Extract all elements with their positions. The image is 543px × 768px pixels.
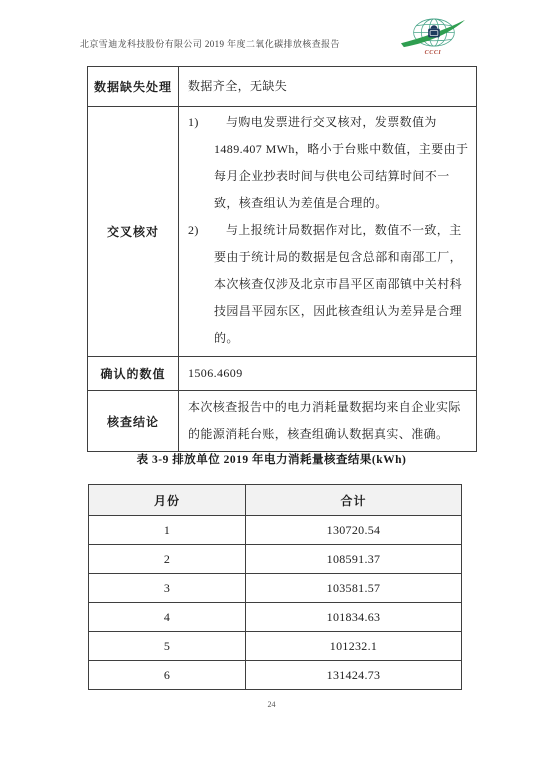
month-cell: 2: [89, 545, 246, 574]
row-label: 数据缺失处理: [88, 67, 179, 107]
total-cell: 103581.57: [246, 574, 462, 603]
table-row-data-gap: 数据缺失处理 数据齐全，无缺失: [88, 67, 477, 107]
table-row: 4 101834.63: [89, 603, 462, 632]
cross-check-item: 2) 与上报统计局数据作对比，数值不一致，主要由于统计局的数据是包含总部和南邵工…: [188, 217, 470, 352]
table-header-row: 月份 合计: [89, 485, 462, 516]
month-cell: 3: [89, 574, 246, 603]
column-header-total: 合计: [246, 485, 462, 516]
cross-check-item: 1) 与购电发票进行交叉核对，发票数值为 1489.407 MWh，略小于台账中…: [188, 109, 470, 217]
month-cell: 6: [89, 661, 246, 690]
row-label: 核查结论: [88, 391, 179, 452]
company-logo: CCCI: [398, 17, 468, 59]
monthly-table: 月份 合计 1 130720.54 2 108591.37 3 103581.5…: [88, 484, 462, 690]
globe-swoosh-icon: [398, 17, 468, 50]
row-content: 数据齐全，无缺失: [179, 67, 477, 107]
verification-table: 数据缺失处理 数据齐全，无缺失 交叉核对 1) 与购电发票进行交叉核对，发票数值…: [87, 66, 477, 452]
table-row: 2 108591.37: [89, 545, 462, 574]
table-row: 1 130720.54: [89, 516, 462, 545]
table-row-confirmed-value: 确认的数值 1506.4609: [88, 357, 477, 391]
table-row: 6 131424.73: [89, 661, 462, 690]
item-text: 与上报统计局数据作对比，数值不一致，主要由于统计局的数据是包含总部和南邵工厂，本…: [214, 217, 470, 352]
row-label: 确认的数值: [88, 357, 179, 391]
month-cell: 1: [89, 516, 246, 545]
item-number: 1): [188, 109, 214, 136]
total-cell: 131424.73: [246, 661, 462, 690]
page-number: 24: [0, 700, 543, 709]
item-number: 2): [188, 217, 214, 244]
logo-label: CCCI: [398, 50, 468, 57]
column-header-month: 月份: [89, 485, 246, 516]
table-caption: 表 3-9 排放单位 2019 年电力消耗量核查结果(kWh): [0, 451, 543, 467]
table-row: 5 101232.1: [89, 632, 462, 661]
confirmed-value: 1506.4609: [179, 357, 477, 391]
table-row: 3 103581.57: [89, 574, 462, 603]
row-label: 交叉核对: [88, 107, 179, 357]
row-content: 1) 与购电发票进行交叉核对，发票数值为 1489.407 MWh，略小于台账中…: [179, 107, 477, 357]
table-row-cross-check: 交叉核对 1) 与购电发票进行交叉核对，发票数值为 1489.407 MWh，略…: [88, 107, 477, 357]
document-page: 北京雪迪龙科技股份有限公司 2019 年度二氧化碳排放核查报告 CCCI 数据缺…: [0, 0, 543, 768]
total-cell: 101834.63: [246, 603, 462, 632]
table-row-conclusion: 核查结论 本次核查报告中的电力消耗量数据均来自企业实际的能源消耗台账，核查组确认…: [88, 391, 477, 452]
total-cell: 130720.54: [246, 516, 462, 545]
header-title: 北京雪迪龙科技股份有限公司 2019 年度二氧化碳排放核查报告: [80, 37, 340, 50]
month-cell: 5: [89, 632, 246, 661]
month-cell: 4: [89, 603, 246, 632]
total-cell: 108591.37: [246, 545, 462, 574]
row-content: 本次核查报告中的电力消耗量数据均来自企业实际的能源消耗台账，核查组确认数据真实、…: [179, 391, 477, 452]
item-text: 与购电发票进行交叉核对，发票数值为 1489.407 MWh，略小于台账中数值，…: [214, 109, 470, 217]
total-cell: 101232.1: [246, 632, 462, 661]
